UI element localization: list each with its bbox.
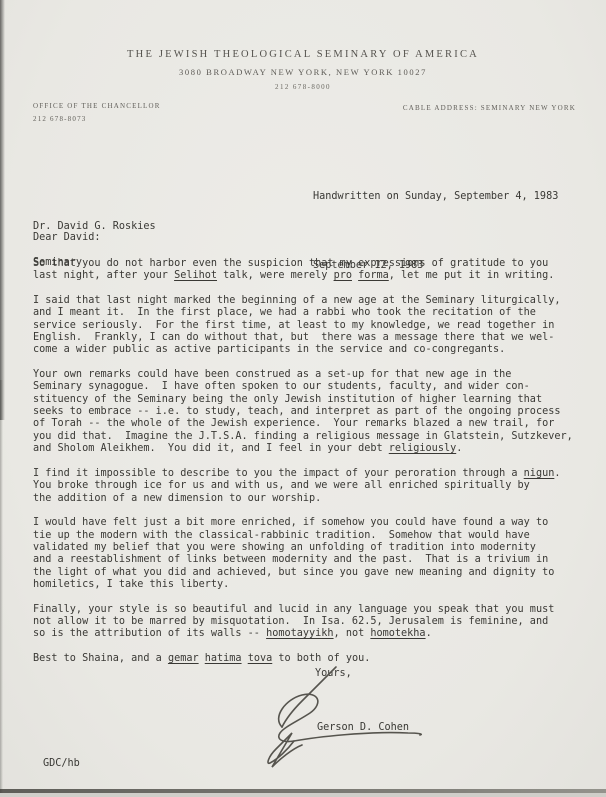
paragraph: I find it impossible to describe to you … xyxy=(33,468,573,505)
letterhead-phone: 212 678-8000 xyxy=(0,83,606,91)
handwritten-note-line: Handwritten on Sunday, September 4, 1983 xyxy=(313,185,558,208)
scan-edge-bottom-light xyxy=(0,793,606,797)
letterhead-institution: THE JEWISH THEOLOGICAL SEMINARY OF AMERI… xyxy=(0,49,606,60)
closing-salutation: Yours, xyxy=(315,668,352,679)
scan-edge-bottom xyxy=(0,789,606,793)
paragraph: I said that last night marked the beginn… xyxy=(33,295,573,357)
letterhead-office-block: OFFICE OF THE CHANCELLOR 212 678-8073 xyxy=(33,100,161,126)
paragraph: Finally, your style is so beautiful and … xyxy=(33,604,573,641)
office-phone-line: 212 678-8073 xyxy=(33,113,161,126)
scan-edge-left xyxy=(0,0,5,420)
signer-name: Gerson D. Cohen xyxy=(317,722,409,733)
letter-page: THE JEWISH THEOLOGICAL SEMINARY OF AMERI… xyxy=(0,0,606,797)
office-of-chancellor-line: OFFICE OF THE CHANCELLOR xyxy=(33,100,161,113)
scan-edge-left-lower xyxy=(0,380,3,797)
typist-initials: GDC/hb xyxy=(43,758,80,769)
paragraph: Your own remarks could have been constru… xyxy=(33,369,573,455)
letterhead-address: 3080 BROADWAY NEW YORK, NEW YORK 10027 xyxy=(0,67,606,77)
salutation: Dear David: xyxy=(33,232,100,243)
paragraph: So that you do not harbor even the suspi… xyxy=(33,258,573,283)
paragraph: I would have felt just a bit more enrich… xyxy=(33,517,573,591)
letterhead-cable-address: CABLE ADDRESS: SEMINARY NEW YORK xyxy=(403,104,576,112)
paragraph: Best to Shaina, and a gemar hatima tova … xyxy=(33,653,573,665)
letter-body: So that you do not harbor even the suspi… xyxy=(33,258,573,678)
